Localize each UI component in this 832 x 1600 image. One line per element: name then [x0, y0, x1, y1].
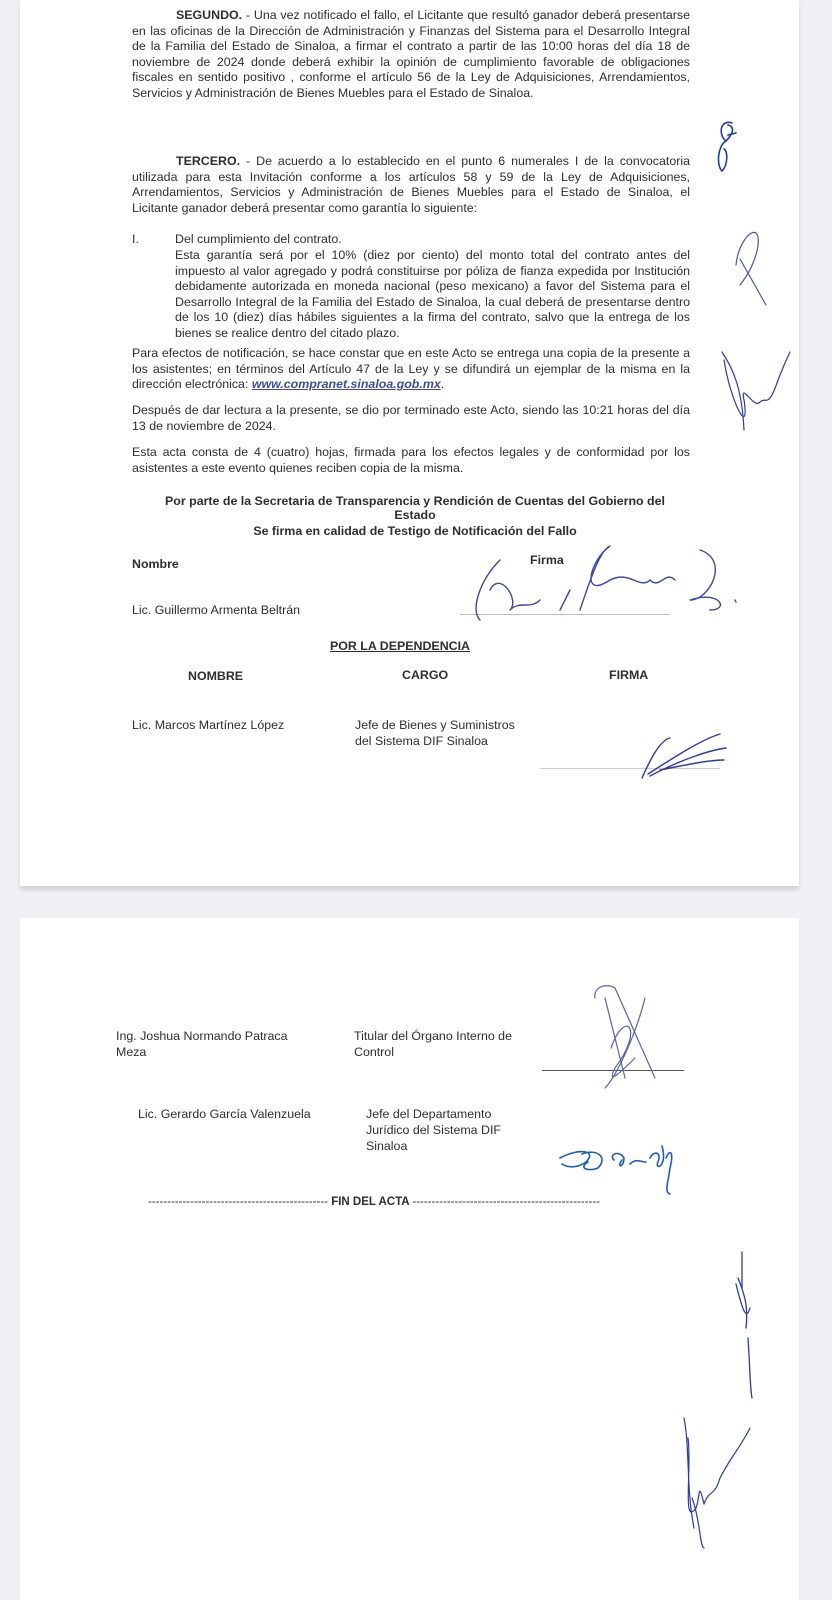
signer3-cargo-line3: Sinaloa — [366, 1138, 407, 1154]
signer3-signature-icon — [558, 1128, 698, 1208]
testigo-name: Lic. Guillermo Armenta Beltrán — [132, 602, 300, 618]
list-item-title: Del cumplimiento del contrato. — [175, 232, 690, 248]
fin-dashes-left: ----------------------------------------… — [148, 1196, 328, 1208]
column-header-cargo: CARGO — [402, 667, 448, 683]
signer3-cargo-line1: Jefe del Departamento — [366, 1106, 491, 1122]
tercero-heading: TERCERO. — [176, 154, 240, 168]
fin-del-acta: ----------------------------------------… — [148, 1194, 600, 1210]
initials-signature-2-icon — [730, 225, 780, 315]
side-signature-icon — [720, 1248, 770, 1408]
document-page-2: Ing. Joshua Normando Patraca Meza Titula… — [20, 918, 799, 1600]
initials-signature-icon — [710, 115, 750, 185]
paragraph-hojas: Esta acta consta de 4 (cuatro) hojas, fi… — [132, 445, 690, 476]
list-numeral: I. — [132, 232, 139, 248]
initials-signature-3-icon — [720, 340, 790, 450]
signer2-cargo-line1: Titular del Órgano Interno de — [354, 1028, 512, 1044]
nombre-label: Nombre — [132, 556, 179, 572]
paragraph-cierre: Después de dar lectura a la presente, se… — [132, 403, 690, 434]
secretaria-line-1: Por parte de la Secretaria de Transparen… — [120, 494, 710, 508]
compranet-link[interactable]: www.compranet.sinaloa.gob.mx — [252, 377, 441, 391]
signer1-signature-icon — [620, 730, 730, 790]
paragraph-notificacion: Para efectos de notificación, se hace co… — [132, 346, 690, 393]
testigo-signature-icon — [460, 540, 740, 630]
signer1-cargo-line2: del Sistema DIF Sinaloa — [355, 733, 488, 749]
signer1-name: Lic. Marcos Martínez López — [132, 717, 284, 733]
secretaria-line-2: Estado — [120, 508, 710, 522]
fin-label: FIN DEL ACTA — [331, 1196, 409, 1208]
signer1-cargo-line1: Jefe de Bienes y Suministros — [355, 717, 515, 733]
bottom-signature-icon — [670, 1408, 770, 1558]
signer2-cargo-line2: Control — [354, 1044, 394, 1060]
paragraph-tercero: TERCERO. - De acuerdo a lo establecido e… — [132, 154, 690, 216]
paragraph-segundo: SEGUNDO. - Una vez notificado el fallo, … — [132, 8, 690, 102]
signer2-signature-icon — [575, 978, 685, 1108]
list-item-text: Esta garantía será por el 10% (diez por … — [175, 248, 690, 342]
signer3-name: Lic. Gerardo García Valenzuela — [138, 1106, 311, 1122]
signer3-cargo-line2: Jurídico del Sistema DIF — [366, 1122, 501, 1138]
signer2-name-line1: Ing. Joshua Normando Patraca — [116, 1028, 288, 1044]
column-header-nombre: NOMBRE — [188, 668, 243, 684]
notificacion-end: . — [441, 377, 444, 391]
secretaria-line-3: Se firma en calidad de Testigo de Notifi… — [120, 524, 710, 538]
document-page-1: SEGUNDO. - Una vez notificado el fallo, … — [20, 0, 799, 886]
segundo-heading: SEGUNDO. — [176, 8, 242, 22]
dependencia-title: POR LA DEPENDENCIA — [330, 638, 470, 654]
column-header-firma: FIRMA — [609, 667, 648, 683]
signer2-name-line2: Meza — [116, 1044, 146, 1060]
